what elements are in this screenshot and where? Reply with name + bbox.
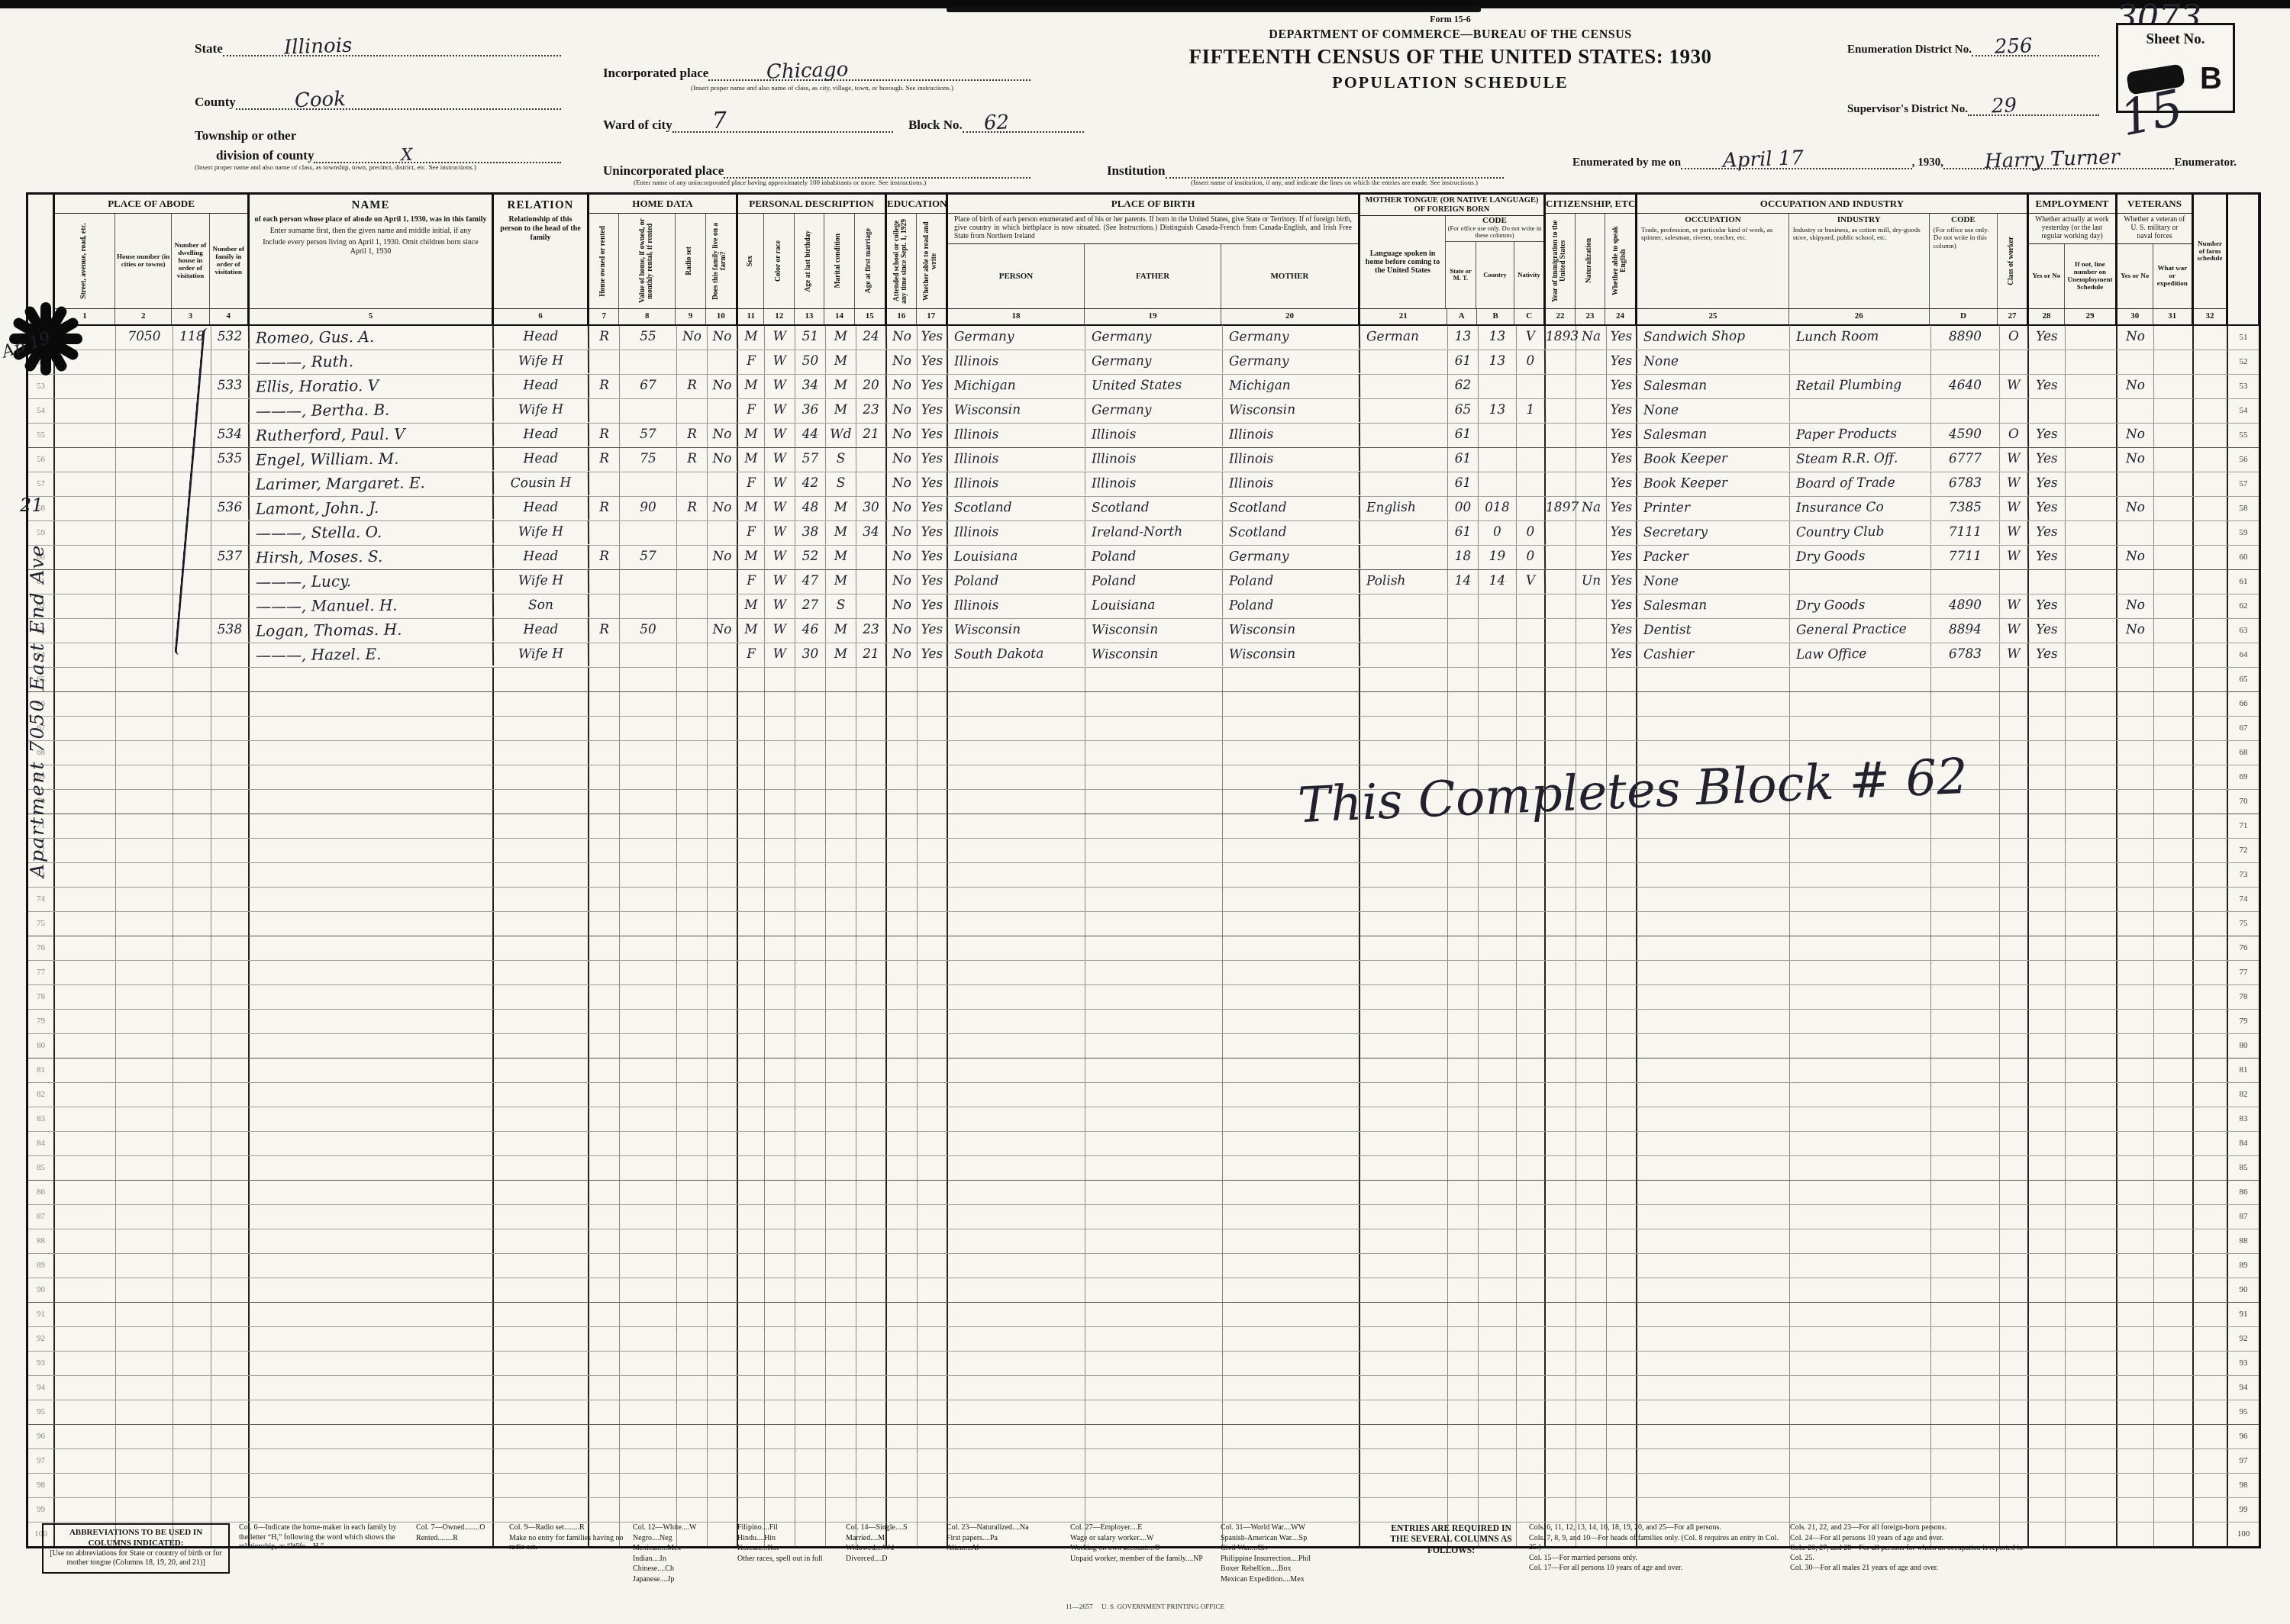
- cell-cB: 13: [1479, 326, 1517, 350]
- footer-item: Philippine Insurrection....Phil: [1221, 1555, 1373, 1564]
- cell-c15: [856, 1229, 887, 1253]
- cell-c21: German: [1360, 325, 1448, 350]
- cell-cC: [1517, 936, 1546, 960]
- cell-c18: [948, 1278, 1085, 1302]
- cell-dwell: [173, 985, 211, 1009]
- table-row: 9797: [28, 1449, 2259, 1474]
- cell-cA: [1448, 594, 1479, 618]
- cell-name: [250, 1107, 494, 1131]
- section-desc: Include every person living on April 1, …: [254, 238, 487, 256]
- cell-rel: [494, 863, 589, 887]
- cell-c20: [1223, 1229, 1360, 1253]
- cell-c7: [589, 1303, 620, 1326]
- cell-c11: M: [738, 448, 765, 472]
- cell-lineR: 92: [2228, 1327, 2259, 1351]
- cell-rel: [494, 1498, 589, 1522]
- cell-c28: Yes: [2029, 594, 2066, 619]
- cell-cB: [1479, 1498, 1517, 1522]
- cell-name: [250, 961, 494, 984]
- cell-c14: [826, 1498, 856, 1522]
- cell-c11: M: [738, 424, 765, 447]
- tongue-columns: Language spoken in home before coming to…: [1360, 216, 1543, 308]
- township-value: X: [400, 146, 413, 166]
- cell-lineL: 84: [28, 1132, 55, 1155]
- cell-c11: [738, 839, 765, 862]
- cell-c11: [738, 790, 765, 814]
- cell-c24: [1607, 741, 1637, 765]
- cell-c19: [1085, 1229, 1223, 1253]
- cell-c10: No: [708, 546, 738, 569]
- cell-c12: [765, 961, 795, 984]
- cell-cD: [1931, 1205, 2000, 1229]
- cell-c29: [2066, 1425, 2117, 1448]
- cell-c30: [2117, 668, 2154, 691]
- cell-c24: [1607, 1034, 1637, 1058]
- cell-c29: [2066, 1107, 2117, 1131]
- cell-c14: M: [826, 350, 856, 374]
- cell-c16: [887, 1083, 918, 1107]
- cell-c27: [2000, 741, 2029, 765]
- cell-cC: [1517, 1425, 1546, 1448]
- cell-c10: [708, 1400, 738, 1424]
- cell-cB: [1479, 594, 1517, 618]
- cell-cA: [1448, 888, 1479, 911]
- cell-lineL: 76: [28, 936, 55, 960]
- cell-c21: [1360, 1303, 1448, 1326]
- cell-cC: [1517, 1376, 1546, 1400]
- cell-c28: [2029, 1400, 2066, 1424]
- column-head-c32: Number of farm schedule: [2194, 195, 2226, 308]
- cell-c13: 48: [795, 497, 826, 520]
- cell-c13: [795, 1376, 826, 1400]
- cell-c11: [738, 1449, 765, 1473]
- cell-c21: [1360, 1107, 1448, 1131]
- column-head-c22: Year of immigration to the United States: [1546, 214, 1576, 308]
- cell-c29: [2066, 375, 2117, 398]
- cell-c7: [589, 1449, 620, 1473]
- cell-c28: Yes: [2029, 546, 2066, 570]
- column-head-cD: CODE(For office use only. Do not write i…: [1930, 214, 1998, 308]
- cell-street: [55, 1376, 116, 1400]
- institution-underline: [1166, 159, 1504, 179]
- cell-c20: [1223, 1132, 1360, 1155]
- cell-name: [250, 668, 494, 691]
- cell-c14: [826, 1034, 856, 1058]
- cell-c19: [1085, 1254, 1223, 1278]
- cell-lineR: 62: [2228, 594, 2259, 618]
- cell-c14: [826, 1352, 856, 1375]
- cell-c21: [1360, 1278, 1448, 1302]
- cell-cA: 61: [1448, 521, 1479, 545]
- cell-c7: [589, 1058, 620, 1082]
- cell-c19: [1085, 1156, 1223, 1180]
- cell-c19: [1085, 888, 1223, 911]
- cell-c11: [738, 1278, 765, 1302]
- footer-block: Col. 7—Owned........ORented........R: [416, 1523, 500, 1544]
- cell-c12: [765, 1229, 795, 1253]
- cell-c23: [1576, 1229, 1607, 1253]
- cell-c17: [918, 814, 948, 838]
- cell-c22: [1546, 1498, 1576, 1522]
- cell-rel: Wife H: [494, 350, 589, 374]
- cell-rel: [494, 888, 589, 911]
- cell-c15: [856, 1107, 887, 1131]
- cell-c21: [1360, 1010, 1448, 1033]
- cell-c29: [2066, 448, 2117, 472]
- column-head-label: Language spoken in home before coming to…: [1360, 249, 1445, 275]
- cell-c32: [2194, 1132, 2228, 1155]
- cell-c20: [1223, 839, 1360, 862]
- cell-c17: Yes: [918, 546, 948, 569]
- cell-c13: [795, 814, 826, 838]
- cell-c25: [1637, 1083, 1790, 1107]
- cell-name: ———, Bertha. B.: [250, 398, 494, 424]
- cell-c17: Yes: [918, 594, 948, 618]
- cell-c20: [1223, 1327, 1360, 1351]
- cell-c17: [918, 790, 948, 814]
- cell-c8: [620, 863, 677, 887]
- cell-c32: [2194, 326, 2228, 350]
- cell-c9: [677, 1229, 708, 1253]
- cell-c28: Yes: [2029, 424, 2066, 448]
- cell-c10: [708, 350, 738, 374]
- cell-street: [55, 643, 116, 667]
- cell-c21: [1360, 888, 1448, 911]
- cell-c30: [2117, 1400, 2154, 1424]
- cell-c29: [2066, 888, 2117, 911]
- cell-c9: [677, 888, 708, 911]
- cell-fam: [211, 1425, 250, 1448]
- cell-c8: 75: [620, 448, 677, 472]
- cell-c25: Cashier: [1637, 643, 1790, 668]
- cell-c8: 90: [620, 497, 677, 521]
- column-head-fam: Number of family in order of visitation: [210, 214, 247, 308]
- header-section-emp: EMPLOYMENTWhether actually at work yeste…: [2029, 195, 2117, 326]
- cell-c9: [677, 863, 708, 887]
- cell-c18: [948, 1352, 1085, 1375]
- cell-cA: 65: [1448, 399, 1479, 423]
- cell-c16: [887, 985, 918, 1009]
- cell-c30: [2117, 1352, 2154, 1375]
- form-print-number: 11—2657: [1066, 1603, 1093, 1610]
- cell-c23: [1576, 1400, 1607, 1424]
- cell-cD: [1931, 888, 2000, 911]
- cell-c26: [1790, 888, 1931, 911]
- section-title: NAME: [352, 199, 390, 212]
- cell-c26: [1790, 1156, 1931, 1180]
- cell-c12: [765, 1083, 795, 1107]
- cell-c24: Yes: [1607, 350, 1637, 374]
- cell-c7: [589, 1010, 620, 1033]
- cell-c7: [589, 1498, 620, 1522]
- cell-c32: [2194, 1107, 2228, 1131]
- section-columns: SexColor or raceAge at last birthdayMari…: [738, 214, 885, 308]
- cell-c22: [1546, 472, 1576, 496]
- cell-c8: [620, 1400, 677, 1424]
- cell-lineR: 58: [2228, 497, 2259, 520]
- column-head-c8: Value of home, if owned, or monthly rent…: [619, 214, 676, 308]
- cell-c32: [2194, 448, 2228, 472]
- column-number: 30: [2117, 309, 2153, 324]
- cell-c32: [2194, 1376, 2228, 1400]
- cell-c16: [887, 1425, 918, 1448]
- cell-c13: [795, 668, 826, 691]
- cell-c19: Illinois: [1085, 472, 1223, 497]
- cell-dwell: [173, 1083, 211, 1107]
- cell-c25: Sandwich Shop: [1637, 325, 1790, 350]
- cell-c8: [620, 692, 677, 716]
- cell-lineL: 80: [28, 1034, 55, 1058]
- footer-item: Col. 14—Single....S: [846, 1523, 937, 1533]
- cell-c7: [589, 1400, 620, 1424]
- table-row: 7373: [28, 863, 2259, 888]
- cell-house: 7050: [116, 326, 173, 350]
- cell-dwell: [173, 1425, 211, 1448]
- cell-c20: [1223, 1498, 1360, 1522]
- cell-lineR: 77: [2228, 961, 2259, 984]
- cell-cA: [1448, 1352, 1479, 1375]
- cell-c28: [2029, 1010, 2066, 1033]
- cell-fam: [211, 912, 250, 936]
- cell-c17: [918, 1449, 948, 1473]
- cell-cC: [1517, 668, 1546, 691]
- footer-item: Divorced....D: [846, 1555, 937, 1564]
- enumerator-suffix: Enumerator.: [2174, 156, 2237, 169]
- cell-c31: [2154, 1303, 2194, 1326]
- cell-street: [55, 985, 116, 1009]
- cell-rel: [494, 1083, 589, 1107]
- cell-c18: Wisconsin: [948, 618, 1085, 643]
- cell-c18: Michigan: [948, 374, 1085, 399]
- cell-c19: [1085, 668, 1223, 691]
- cell-c26: [1790, 1278, 1931, 1302]
- column-head-c17: Whether able to read and write: [917, 214, 946, 308]
- cell-c28: [2029, 692, 2066, 716]
- cell-c22: [1546, 1156, 1576, 1180]
- cell-c11: [738, 1352, 765, 1375]
- cell-fam: 533: [211, 375, 250, 399]
- cell-c30: [2117, 741, 2154, 765]
- cell-fam: [211, 936, 250, 960]
- cell-c7: R: [589, 619, 620, 643]
- cell-c11: M: [738, 619, 765, 643]
- section-title: CITIZENSHIP, ETC.: [1546, 195, 1635, 214]
- cell-cC: [1517, 839, 1546, 862]
- table-row: 8888: [28, 1229, 2259, 1254]
- cell-c30: No: [2117, 424, 2154, 448]
- cell-c21: [1360, 619, 1448, 643]
- cell-c29: [2066, 1058, 2117, 1082]
- cell-c16: [887, 1327, 918, 1351]
- cell-c13: [795, 1010, 826, 1033]
- footer-item: Make no entry for families having no rad…: [509, 1534, 624, 1553]
- cell-rel: [494, 717, 589, 740]
- cell-c32: [2194, 668, 2228, 691]
- cell-c20: [1223, 1034, 1360, 1058]
- cell-cC: [1517, 497, 1546, 520]
- cell-c15: [856, 1181, 887, 1204]
- cell-c14: [826, 863, 856, 887]
- cell-c17: [918, 1278, 948, 1302]
- cell-c10: [708, 1303, 738, 1326]
- cell-house: [116, 1352, 173, 1375]
- cell-c25: Dentist: [1637, 618, 1790, 643]
- cell-c22: [1546, 350, 1576, 374]
- cell-cD: [1931, 1376, 2000, 1400]
- cell-rel: [494, 790, 589, 814]
- cell-c26: Dry Goods: [1790, 594, 1931, 619]
- cell-c22: [1546, 1303, 1576, 1326]
- cell-street: [55, 1058, 116, 1082]
- cell-name: ———, Manuel. H.: [250, 593, 494, 619]
- cell-street: [55, 619, 116, 643]
- cell-c18: [948, 1303, 1085, 1326]
- cell-rel: [494, 1278, 589, 1302]
- cell-street: [55, 594, 116, 618]
- cell-c20: [1223, 1058, 1360, 1082]
- enumeration-district-value: 256: [1994, 34, 2033, 59]
- cell-c17: [918, 1034, 948, 1058]
- cell-c7: [589, 961, 620, 984]
- cell-cA: [1448, 1132, 1479, 1155]
- cell-c19: [1085, 1058, 1223, 1082]
- schedule-title: POPULATION SCHEDULE: [1160, 72, 1740, 92]
- cell-cA: [1448, 1010, 1479, 1033]
- cell-c12: [765, 1352, 795, 1375]
- cell-house: [116, 961, 173, 984]
- cell-c25: [1637, 961, 1790, 984]
- cell-c11: [738, 1083, 765, 1107]
- cell-c28: [2029, 399, 2066, 423]
- birth-subheads: PERSONFATHERMOTHER: [948, 244, 1358, 308]
- cell-c21: [1360, 1058, 1448, 1082]
- cell-c19: Germany: [1085, 325, 1223, 350]
- cell-cA: [1448, 1278, 1479, 1302]
- cell-c30: [2117, 1327, 2154, 1351]
- cell-cD: 6783: [1931, 643, 2000, 668]
- cell-c15: [856, 985, 887, 1009]
- cell-c32: [2194, 1352, 2228, 1375]
- cell-c24: Yes: [1607, 497, 1637, 520]
- cell-c13: [795, 1352, 826, 1375]
- cell-rel: [494, 1156, 589, 1180]
- table-row: 52———, Ruth.Wife HFW50MNoYesIllinoisGerm…: [28, 350, 2259, 375]
- form-number: Form 15-6: [1160, 14, 1740, 25]
- cell-c12: [765, 1425, 795, 1448]
- cell-c27: [2000, 1327, 2029, 1351]
- cell-fam: [211, 1498, 250, 1522]
- cell-c27: [2000, 1034, 2029, 1058]
- cell-c28: [2029, 961, 2066, 984]
- cell-c21: [1360, 424, 1448, 447]
- cell-cB: [1479, 912, 1517, 936]
- cell-name: [250, 1474, 494, 1497]
- footer-item: Married....M: [846, 1534, 937, 1544]
- cell-c17: [918, 888, 948, 911]
- cell-dwell: [173, 1303, 211, 1326]
- table-row: 9292: [28, 1327, 2259, 1352]
- cell-street: [55, 1278, 116, 1302]
- cell-dwell: [173, 765, 211, 789]
- cell-cC: [1517, 1254, 1546, 1278]
- table-row: 8484: [28, 1132, 2259, 1156]
- cell-c22: [1546, 570, 1576, 594]
- cell-c10: [708, 961, 738, 984]
- cell-c7: [589, 1229, 620, 1253]
- cell-cC: [1517, 1083, 1546, 1107]
- cell-c15: [856, 839, 887, 862]
- cell-c9: [677, 961, 708, 984]
- column-numbers: 1617: [887, 308, 946, 324]
- cell-c26: [1790, 985, 1931, 1009]
- cell-c10: [708, 1083, 738, 1107]
- cell-c28: [2029, 668, 2066, 691]
- birth-description: Place of birth of each person enumerated…: [948, 214, 1358, 244]
- cell-c13: [795, 692, 826, 716]
- cell-c32: [2194, 546, 2228, 569]
- cell-cC: [1517, 1278, 1546, 1302]
- county-value: Cook: [294, 88, 346, 112]
- cell-c24: [1607, 1254, 1637, 1278]
- cell-name: Logan, Thomas. H.: [250, 617, 494, 643]
- cell-c31: [2154, 1156, 2194, 1180]
- subhead-c31: What war or expedition: [2153, 244, 2192, 308]
- cell-c26: Dry Goods: [1790, 545, 1931, 570]
- cell-rel: [494, 1058, 589, 1082]
- cell-c28: [2029, 985, 2066, 1009]
- cell-name: [250, 1132, 494, 1155]
- column-number: 27: [1998, 309, 2027, 324]
- cell-c14: M: [826, 399, 856, 423]
- cell-c30: [2117, 1083, 2154, 1107]
- cell-cC: 0: [1517, 350, 1546, 374]
- cell-c14: [826, 961, 856, 984]
- subhead-cC: Nativity: [1514, 242, 1543, 308]
- cell-c17: [918, 1156, 948, 1180]
- cell-c28: Yes: [2029, 375, 2066, 399]
- column-head-label: Number of dwelling house in order of vis…: [172, 241, 208, 280]
- cell-street: [55, 497, 116, 520]
- cell-lineL: 97: [28, 1449, 55, 1473]
- cell-cB: [1479, 1034, 1517, 1058]
- cell-lineR: 70: [2228, 790, 2259, 814]
- cell-name: [250, 1400, 494, 1424]
- cell-c19: [1085, 912, 1223, 936]
- cell-c18: [948, 790, 1085, 814]
- cell-c27: [2000, 570, 2029, 594]
- cell-cB: [1479, 1107, 1517, 1131]
- table-row: 63538Logan, Thomas. H.HeadR50NoMW46M23No…: [28, 619, 2259, 643]
- cell-fam: [211, 399, 250, 423]
- cell-street: [55, 1498, 116, 1522]
- cell-c32: [2194, 839, 2228, 862]
- table-row: 9191: [28, 1303, 2259, 1327]
- cell-fam: [211, 888, 250, 911]
- cell-c10: [708, 570, 738, 594]
- cell-c18: Illinois: [948, 520, 1085, 546]
- cell-c9: [677, 692, 708, 716]
- cell-c31: [2154, 839, 2194, 862]
- cell-cD: [1931, 668, 2000, 691]
- cell-lineR: 99: [2228, 1498, 2259, 1522]
- cell-c13: 46: [795, 619, 826, 643]
- cell-lineR: 74: [2228, 888, 2259, 911]
- column-number: 31: [2153, 309, 2192, 324]
- cell-street: [55, 912, 116, 936]
- cell-c13: 57: [795, 448, 826, 472]
- cell-c16: [887, 1034, 918, 1058]
- cell-c23: [1576, 350, 1607, 374]
